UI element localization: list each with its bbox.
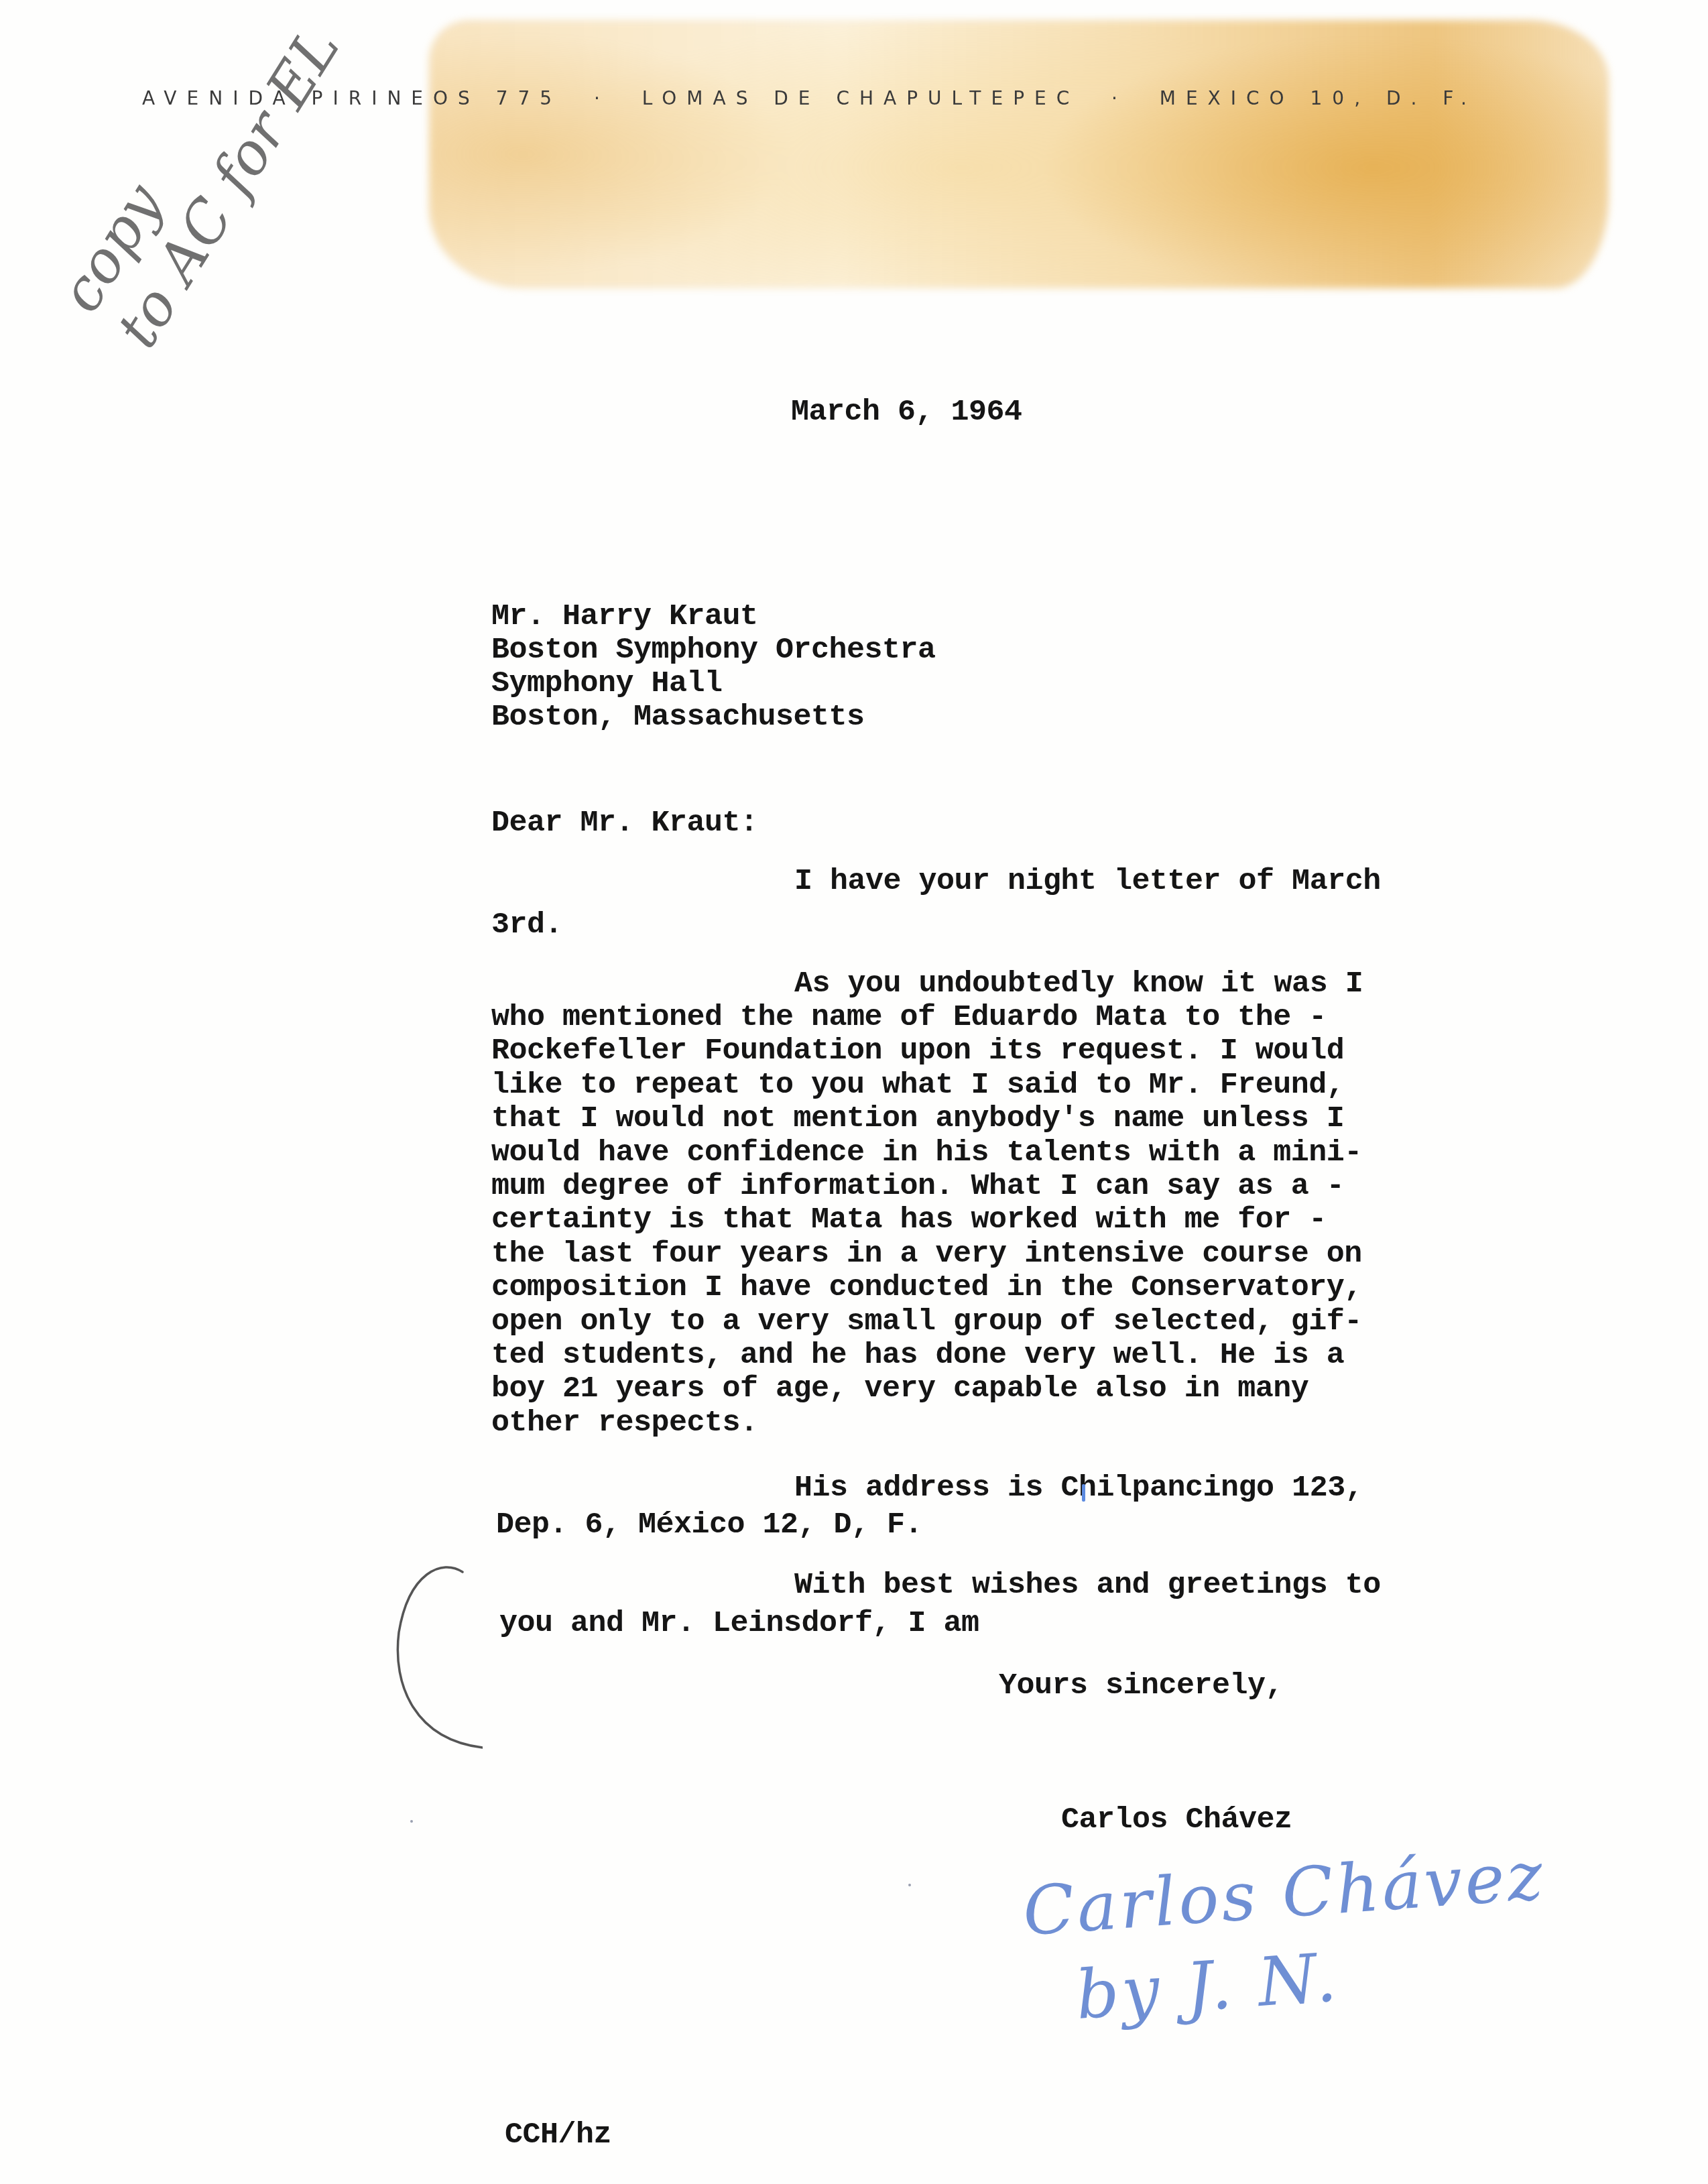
recipient-address-block: Mr. Harry KrautBoston Symphony Orchestra… bbox=[491, 600, 936, 734]
paragraph-1-first-line: I have your night letter of March bbox=[794, 865, 1381, 898]
letter-date: March 6, 1964 bbox=[791, 396, 1022, 429]
paragraph-3-first-line: His address is Chilpancingo 123, bbox=[794, 1471, 1363, 1505]
recipient-city: Boston, Massachusetts bbox=[491, 701, 936, 734]
paragraph-4-first-line: With best wishes and greetings to bbox=[794, 1569, 1381, 1602]
pencil-annotation: copy to AC for EL bbox=[47, 0, 353, 359]
ink-speck bbox=[908, 1884, 911, 1886]
paragraph-2-body: who mentioned the name of Eduardo Mata t… bbox=[491, 1001, 1362, 1440]
handwritten-signature: Carlos Chávezby J. N. bbox=[1020, 1832, 1554, 2043]
reference-initials: CCH/hz bbox=[505, 2118, 611, 2152]
ink-speck bbox=[410, 1820, 413, 1823]
pencil-bracket-mark bbox=[389, 1559, 483, 1753]
salutation: Dear Mr. Kraut: bbox=[491, 806, 758, 840]
recipient-organization: Boston Symphony Orchestra bbox=[491, 633, 936, 667]
paragraph-1-body: 3rd. bbox=[491, 908, 562, 942]
letter-page: AVENIDA PIRINEOS 775 · LOMAS DE CHAPULTE… bbox=[0, 0, 1708, 2184]
typed-signature-name: Carlos Chávez bbox=[1061, 1803, 1292, 1837]
closing: Yours sincerely, bbox=[999, 1669, 1283, 1703]
paragraph-3-body: Dep. 6, México 12, D, F. bbox=[496, 1508, 922, 1542]
water-stain bbox=[429, 20, 1609, 288]
letterhead-address: AVENIDA PIRINEOS 775 · LOMAS DE CHAPULTE… bbox=[142, 87, 1477, 109]
recipient-name: Mr. Harry Kraut bbox=[491, 600, 936, 633]
paragraph-2-first-line: As you undoubtedly know it was I bbox=[794, 967, 1363, 1001]
blue-ink-mark bbox=[1082, 1484, 1085, 1502]
recipient-building: Symphony Hall bbox=[491, 667, 936, 701]
paragraph-4-body: you and Mr. Leinsdorf, I am bbox=[499, 1607, 979, 1640]
